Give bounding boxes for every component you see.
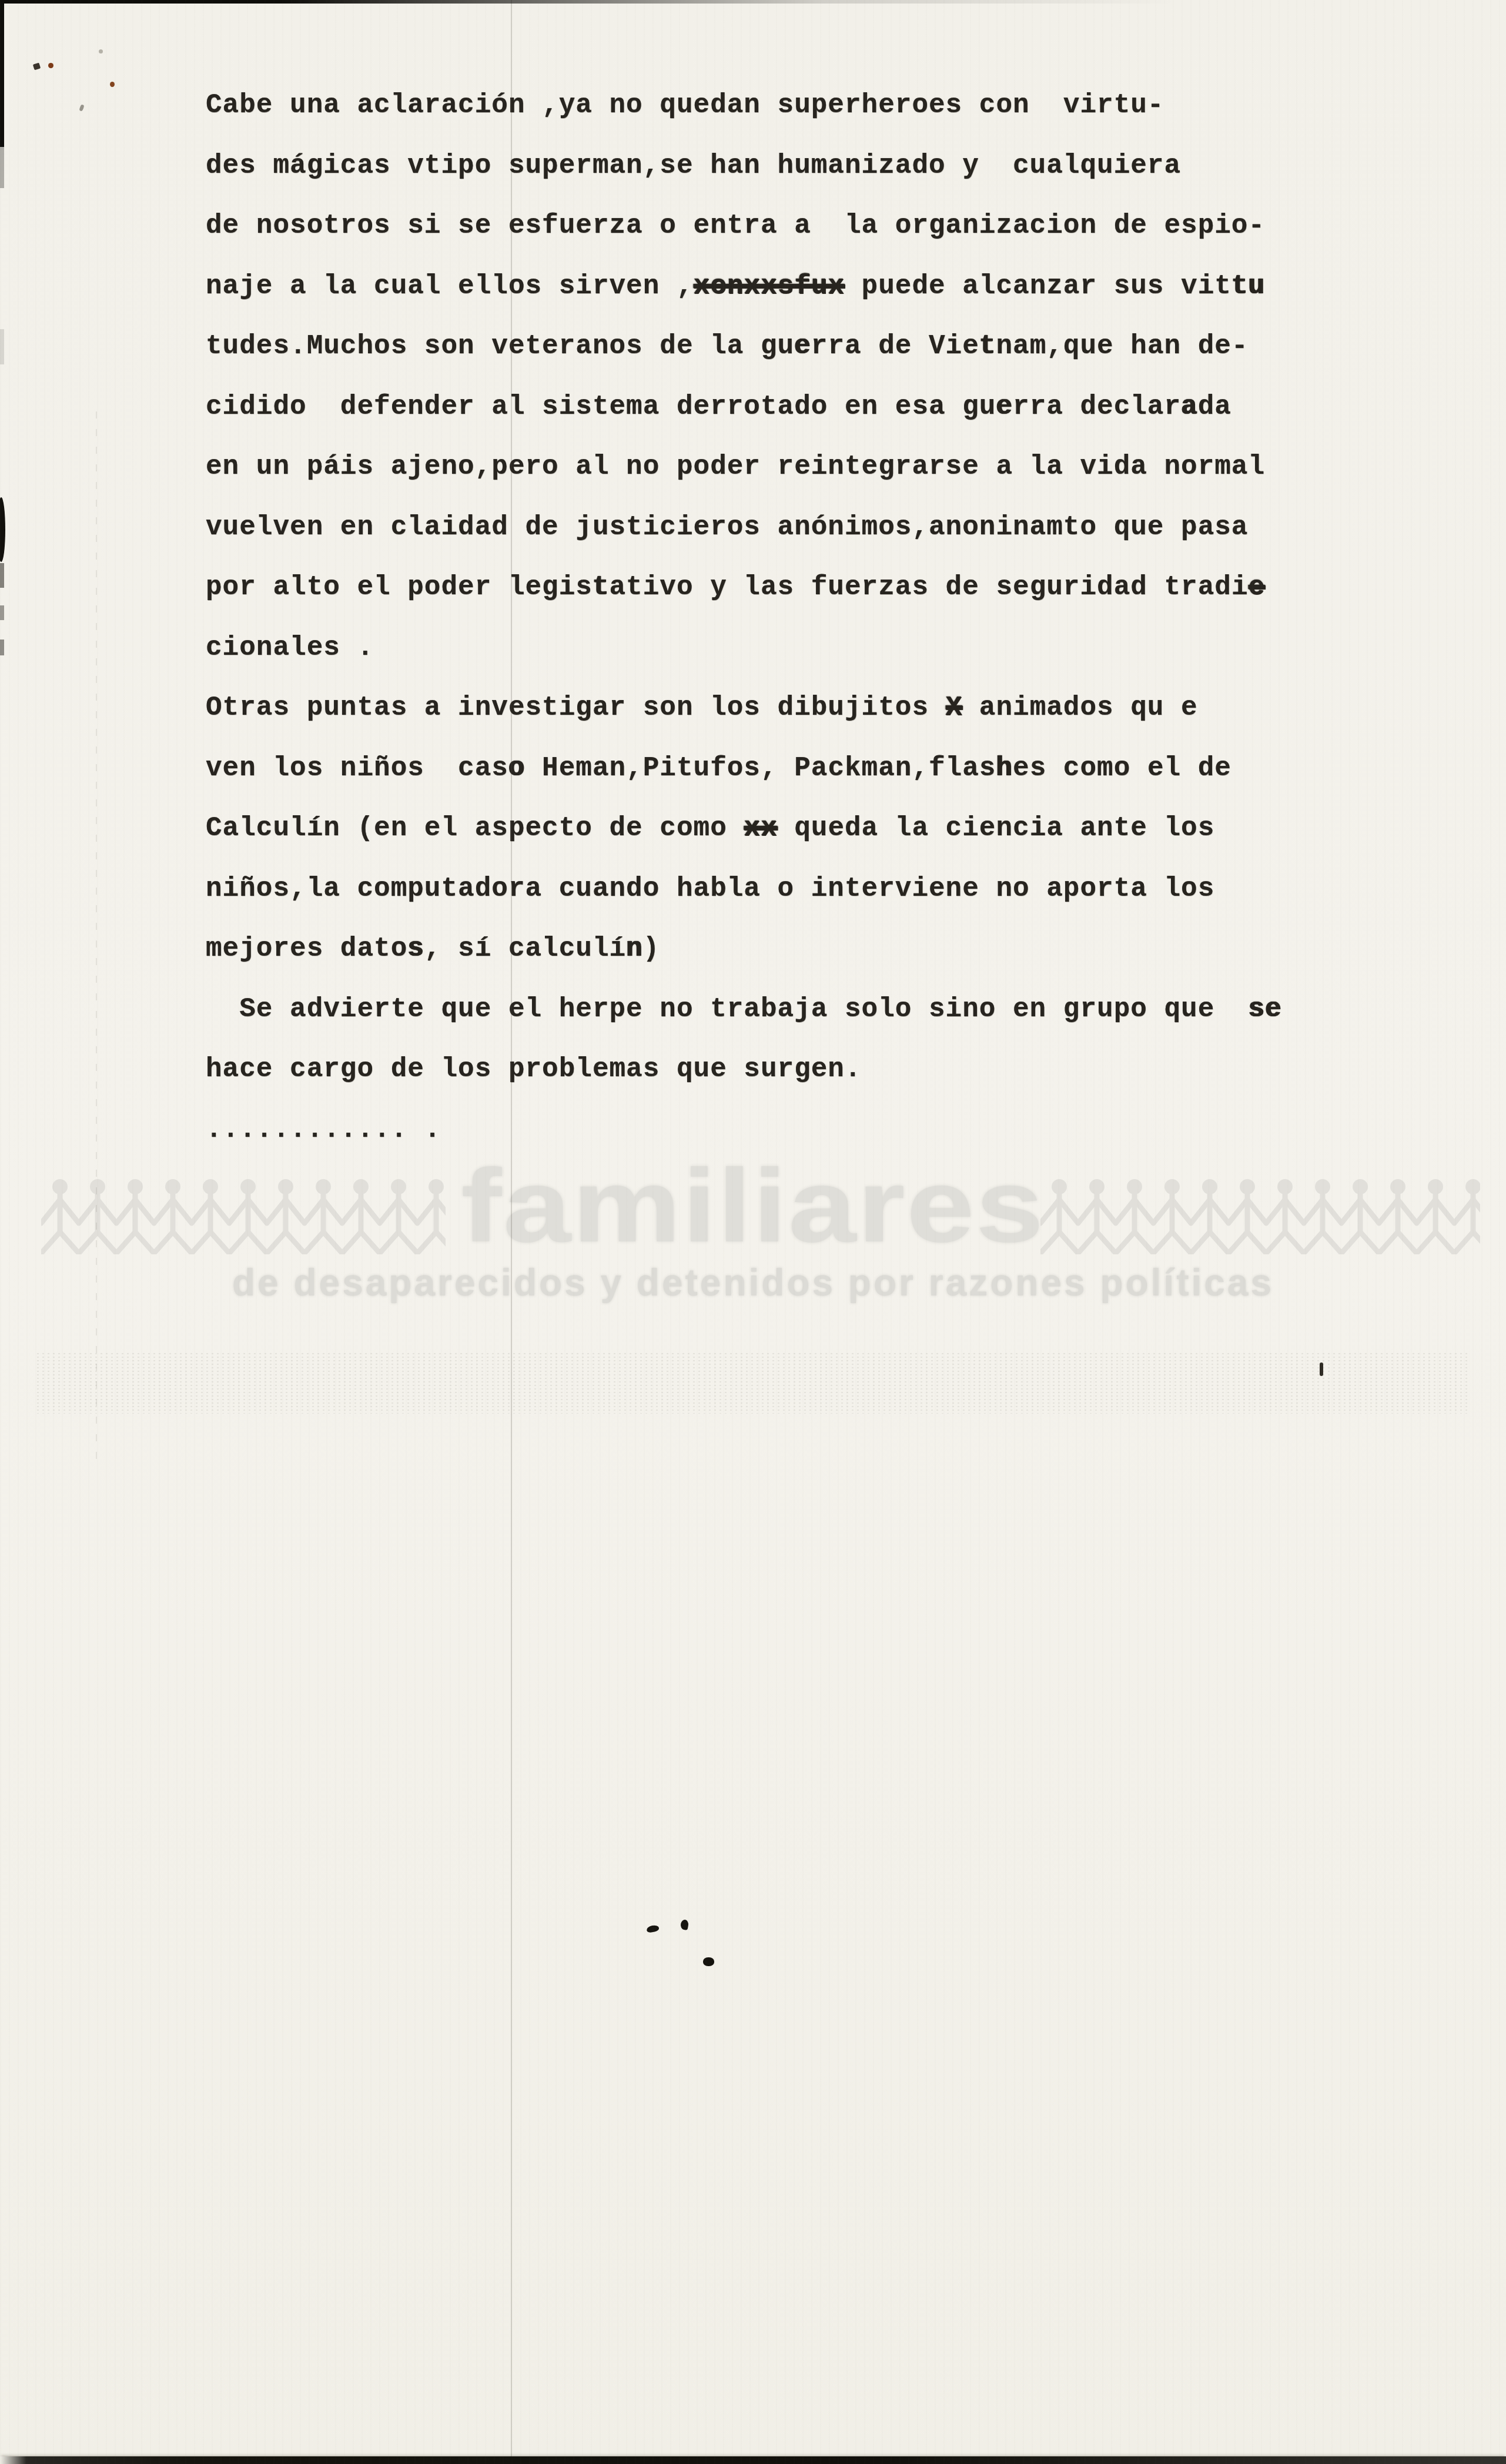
text-line: cidido defender al sistema derrotado en … (206, 377, 1282, 437)
text-segment: Calculín (en el aspecto de como (206, 813, 744, 843)
text-segment: nam,que han de- (996, 331, 1248, 361)
text-segment: cionales . (206, 632, 374, 663)
text-line: des mágicas vtipo superman,se han humani… (206, 136, 1282, 196)
ink-speck (110, 82, 115, 87)
text-segment: Heman,Pitufos, Packman,flas (526, 753, 996, 784)
text-segment: vuelven en claidad de justicieros anónim… (206, 512, 1248, 543)
text-line: Cabe una aclaración ,ya no quedan superh… (206, 75, 1282, 136)
text-line: Calculín (en el aspecto de como xx queda… (206, 798, 1282, 859)
text-line: naje a la cual ellos sirven ,xonxxsfux p… (206, 256, 1282, 317)
text-segment: tudes.Muchos son veteranos de la gu (206, 331, 794, 361)
text-segment: mejores dato (206, 933, 407, 964)
text-line: hace cargo de los problemas que surgen. (206, 1039, 1282, 1100)
text-segment: Cabe una aclaración ,ya no quedan superh… (206, 90, 1164, 120)
text-segment: es como el de (1013, 753, 1231, 784)
scan-edge-artifact (0, 0, 1506, 4)
overtyped-text: h (996, 753, 1013, 784)
text-segment: rra declar (1013, 391, 1181, 422)
text-line: por alto el poder legistativo y las fuer… (206, 557, 1282, 618)
struck-out-text: xx (744, 813, 777, 843)
text-segment: niños,la computadora cuando habla o inte… (206, 873, 1214, 904)
overtyped-text: s (407, 933, 424, 964)
text-line: tudes.Muchos son veteranos de la guerra … (206, 316, 1282, 377)
text-line: niños,la computadora cuando habla o inte… (206, 859, 1282, 919)
text-line: ven los niños caso Heman,Pitufos, Packma… (206, 738, 1282, 799)
overtyped-text: t (593, 572, 610, 602)
text-line: en un páis ajeno,pero al no poder reinte… (206, 437, 1282, 497)
overtyped-text: e (794, 331, 811, 361)
text-line: ............ . (206, 1100, 1282, 1160)
text-segment: ) (643, 933, 660, 964)
text-segment: queda la ciencia ante los (778, 813, 1215, 843)
document-lines: Cabe una aclaración ,ya no quedan superh… (206, 75, 1282, 1160)
text-segment: ativo y las fuerzas de seguridad tradi (610, 572, 1249, 602)
text-segment: rra de Vie (811, 331, 979, 361)
ink-speck (680, 1919, 690, 1930)
text-segment: en un páis ajeno,pero al no poder reinte… (206, 451, 1265, 482)
overtyped-text: tu (1231, 271, 1265, 302)
scanned-document-page: familiares de desaparecidos y detenidos … (0, 0, 1506, 2464)
ink-speck (646, 1924, 660, 1933)
text-segment: des mágicas vtipo superman,se han humani… (206, 150, 1181, 181)
text-segment: por alto el poder legis (206, 572, 593, 602)
scan-edge-artifact (0, 497, 5, 562)
text-segment: , sí calculí (424, 933, 626, 964)
text-line: vuelven en claidad de justicieros anónim… (206, 497, 1282, 558)
text-segment: naje a la cual ellos sirven , (206, 271, 694, 302)
text-segment: puede alcanzar sus vit (845, 271, 1231, 302)
ink-speck (1320, 1362, 1323, 1376)
text-line: Se advierte que el herpe no trabaja solo… (206, 979, 1282, 1040)
fold-line-artifact (511, 0, 512, 2464)
overtyped-text: e (996, 391, 1013, 422)
struck-out-text: xonxxsfux (694, 271, 845, 302)
scan-edge-artifact (0, 0, 4, 705)
struck-out-text: e (1249, 572, 1266, 602)
text-segment: ............ . (206, 1114, 441, 1145)
struck-out-text: X (946, 692, 963, 723)
text-segment: de nosotros si se esfuerza o entra a la … (206, 210, 1265, 241)
ink-speck (33, 63, 41, 71)
text-line: de nosotros si se esfuerza o entra a la … (206, 196, 1282, 256)
text-segment: da (1198, 391, 1231, 422)
ink-speck (48, 63, 53, 68)
text-line: cionales . (206, 618, 1282, 678)
overtyped-text: n (626, 933, 643, 964)
text-segment: ven los niños cas (206, 753, 508, 784)
text-segment: hace cargo de los problemas que surgen. (206, 1054, 862, 1084)
text-segment: Otras puntas a investigar son los dibuji… (206, 692, 946, 723)
text-segment: cidido defender al sistema derrotado en … (206, 391, 996, 422)
text-segment: animados qu e (962, 692, 1197, 723)
text-segment: Se advierte que el herpe no trabaja solo… (206, 994, 1248, 1025)
ink-speck (79, 104, 84, 111)
ink-speck (99, 49, 103, 53)
bleed-through-noise (35, 1352, 1470, 1414)
watermark-title: familiares (0, 1154, 1506, 1258)
overtyped-text: se (1248, 994, 1281, 1025)
watermark-subtitle: de desaparecidos y detenidos por razones… (0, 1264, 1506, 1301)
overtyped-text: a (1181, 391, 1198, 422)
scan-edge-artifact (0, 2456, 1506, 2464)
text-line: mejores datos, sí calculín) (206, 919, 1282, 979)
overtyped-text: t (979, 331, 996, 361)
text-line: Otras puntas a investigar son los dibuji… (206, 678, 1282, 738)
fold-line-artifact (96, 411, 97, 1469)
ink-speck (703, 1957, 714, 1966)
